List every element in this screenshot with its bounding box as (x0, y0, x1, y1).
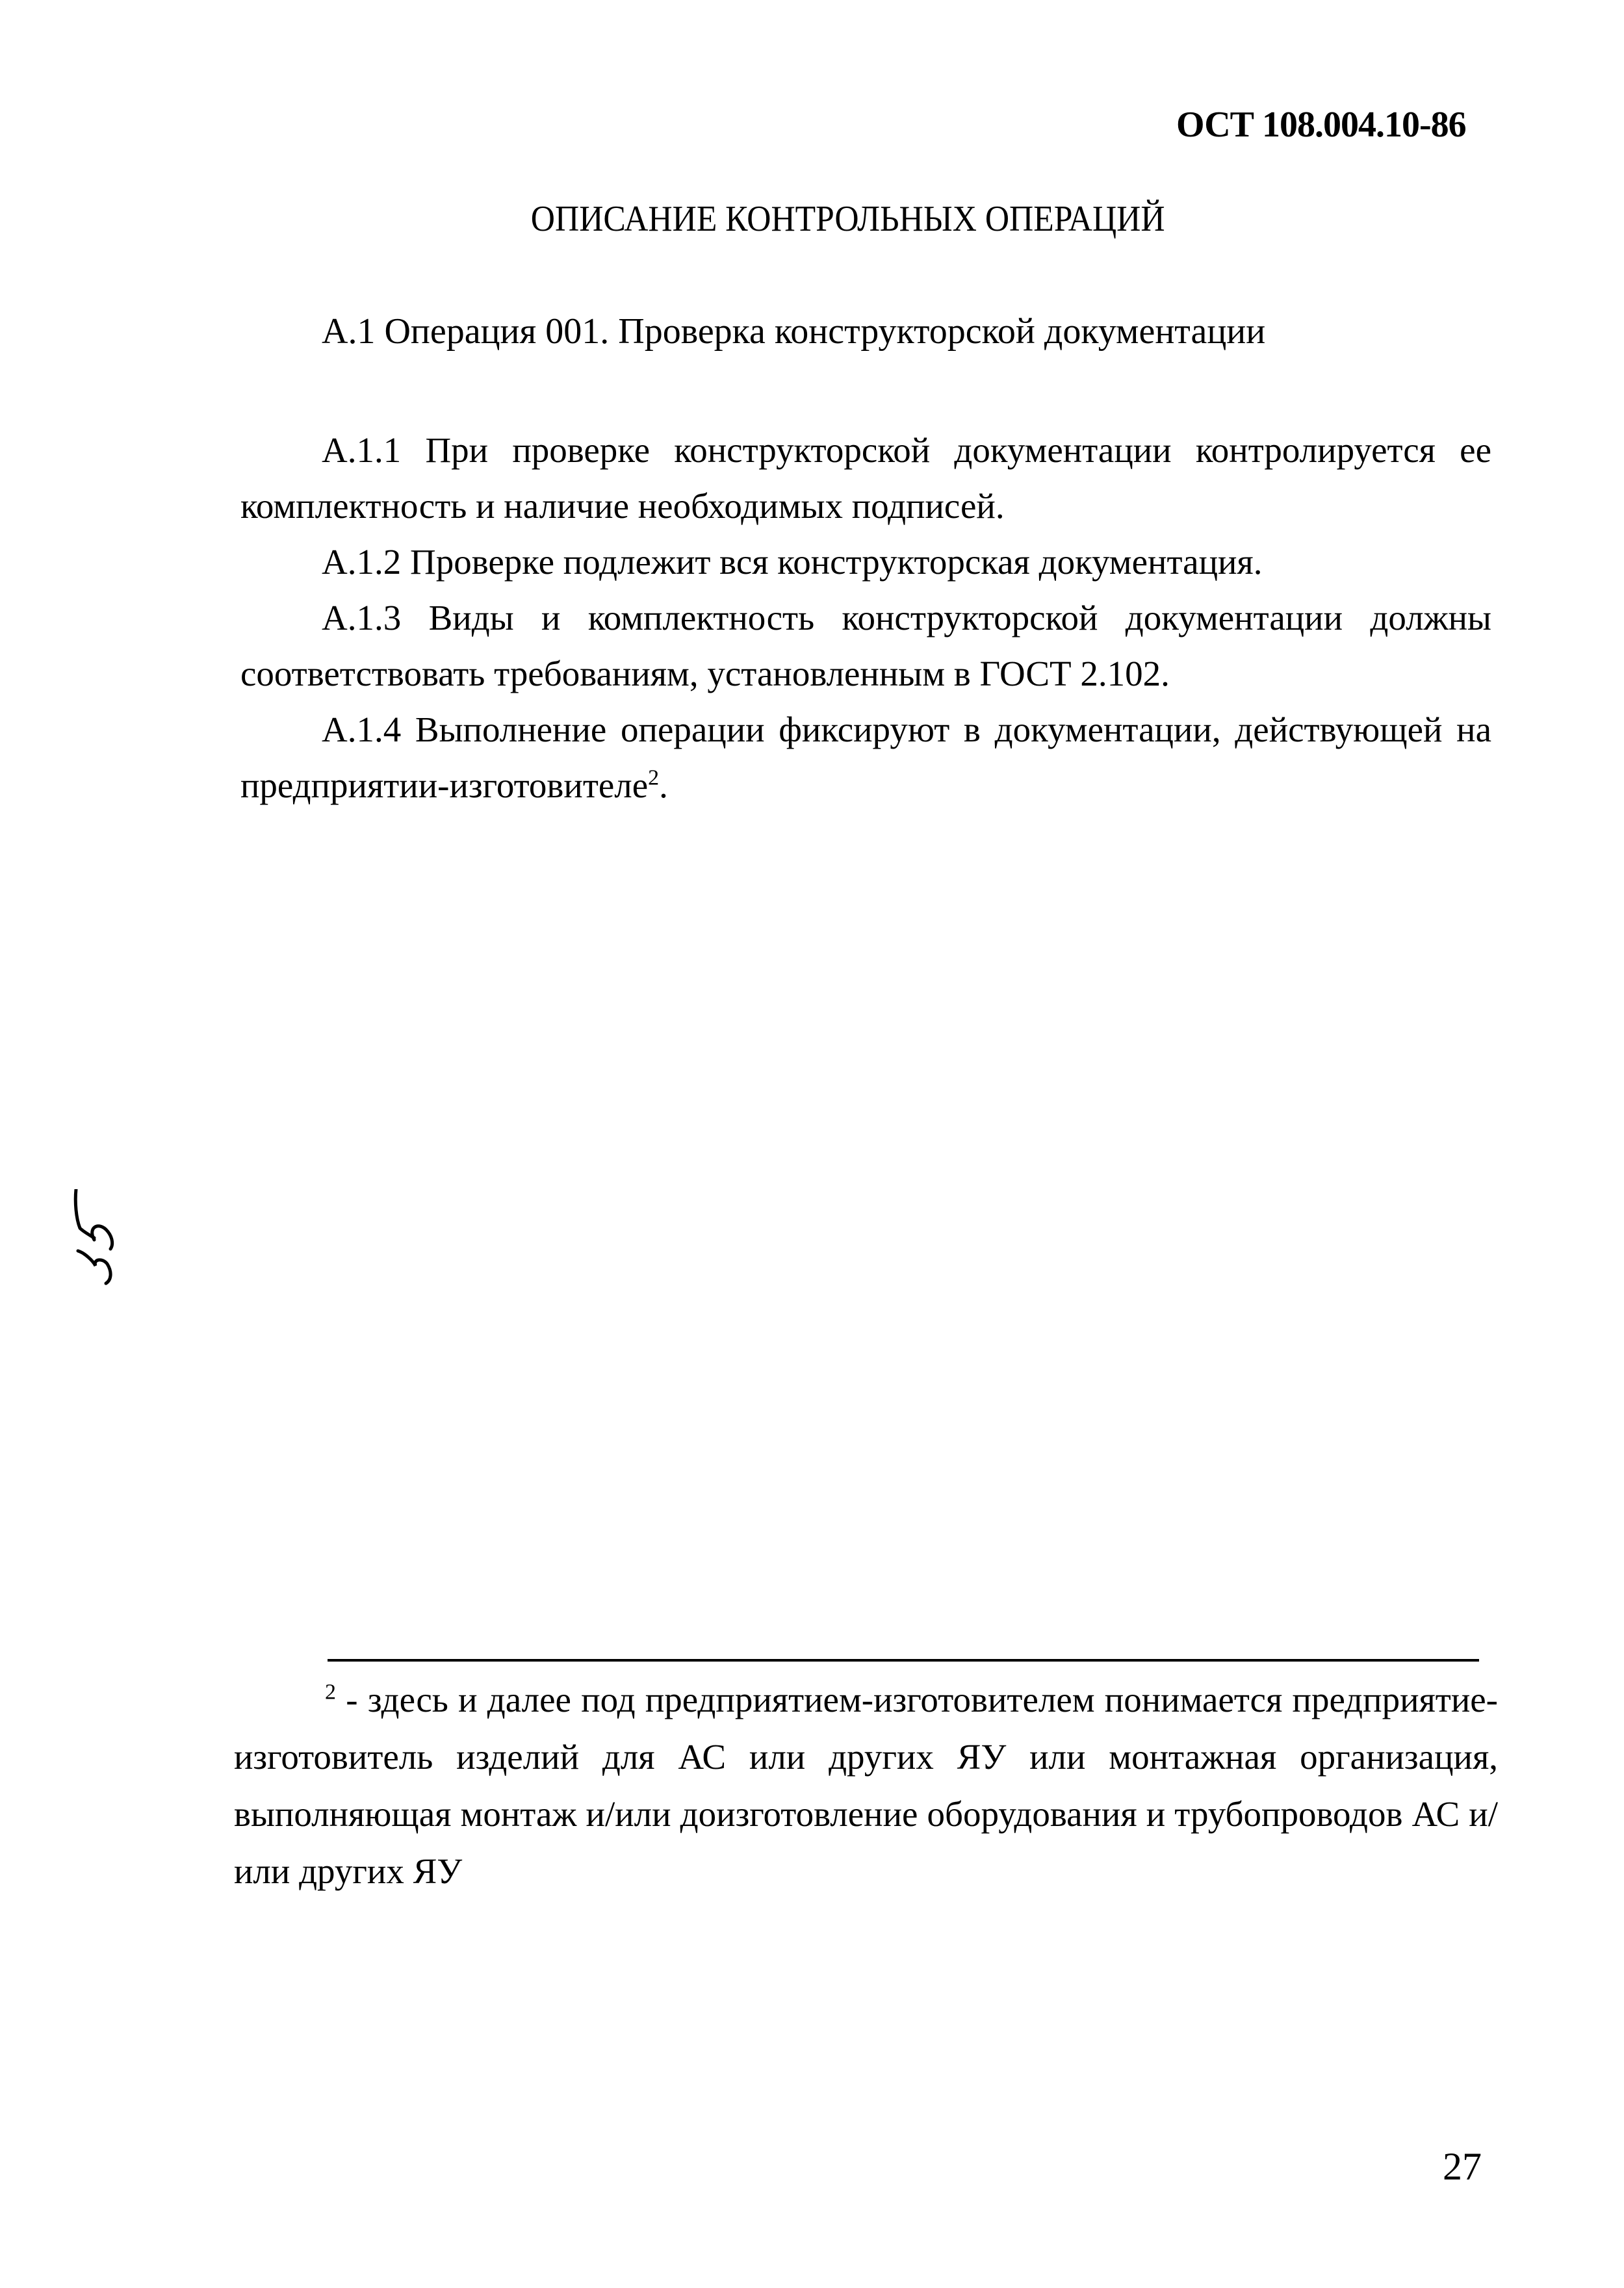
paragraph-tail: . (659, 765, 668, 805)
paragraph-text: А.1.4 Выполнение операции фиксируют в до… (240, 710, 1491, 805)
paragraph-a-1-4: А.1.4 Выполнение операции фиксируют в до… (240, 702, 1491, 814)
document-code: ОСТ 108.004.10-86 (1176, 104, 1466, 146)
footnote-separator (328, 1659, 1479, 1662)
paragraph-text: А.1.2 Проверке подлежит вся конструкторс… (322, 542, 1262, 582)
footnote-marker: 2 (325, 1680, 336, 1704)
footnote: 2 - здесь и далее под предприятием-изгот… (234, 1671, 1498, 1900)
paragraph-a-1-2: А.1.2 Проверке подлежит вся конструкторс… (240, 534, 1491, 590)
page-number: 27 (1443, 2144, 1482, 2189)
paragraph-text: А.1.3 Виды и комплектность конструкторск… (240, 598, 1491, 693)
paragraph-text: А.1.1 При проверке конструкторской докум… (240, 430, 1491, 526)
section-heading: А.1 Операция 001. Проверка конструкторск… (322, 311, 1265, 352)
paragraph-a-1-3: А.1.3 Виды и комплектность конструкторск… (240, 590, 1491, 702)
handwritten-page-mark (62, 1189, 127, 1306)
page-title: ОПИСАНИЕ КОНТРОЛЬНЫХ ОПЕРАЦИЙ (65, 198, 1559, 240)
paragraph-a-1-1: А.1.1 При проверке конструкторской докум… (240, 422, 1491, 534)
footnote-reference[interactable]: 2 (648, 766, 659, 790)
footnote-text: - здесь и далее под предприятием-изготов… (234, 1680, 1498, 1891)
